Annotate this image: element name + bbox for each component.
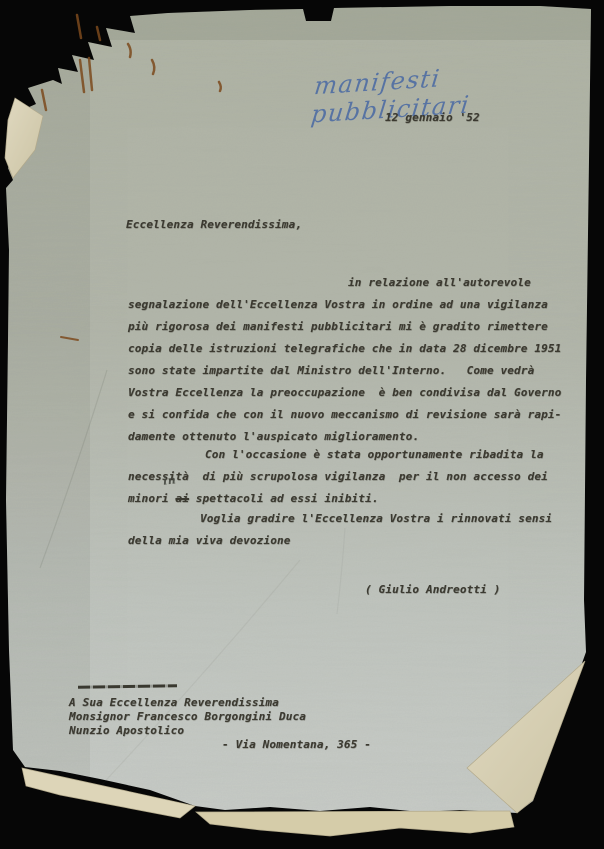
salutation: Eccellenza Reverendissima, (126, 218, 302, 231)
body-line: Con l'occasione è stata opportunamente r… (205, 448, 544, 461)
scanned-letter-page: manifesti pubblicitari 12 gennaio '52 Ec… (0, 0, 604, 849)
correction-after: spettacoli ad essi inibiti. (189, 492, 379, 505)
body-line: più rigorosa dei manifesti pubblicitari … (128, 320, 548, 333)
body-line: e si confida che con il nuovo meccanismo… (128, 408, 561, 421)
body-line: segnalazione dell'Eccellenza Vostra in o… (128, 298, 548, 311)
recipient-address: - Via Nomentana, 365 - (222, 738, 371, 751)
correction-before: minori (128, 492, 175, 505)
body-line: Vostra Eccellenza la preoccupazione è be… (128, 386, 561, 399)
struck-word: ai (175, 492, 189, 505)
body-line: damente ottenuto l'auspicato miglioramen… (128, 430, 419, 443)
body-line: della mia viva devozione (128, 534, 291, 547)
body-line: Voglia gradire l'Eccellenza Vostra i rin… (200, 512, 552, 525)
body-line: copia delle istruzioni telegrafiche che … (128, 342, 561, 355)
recipient-line: Nunzio Apostolico (69, 724, 184, 737)
recipient-line: Monsignor Francesco Borgongini Duca (69, 710, 306, 723)
body-line: necessità di più scrupolosa vigilanza pe… (128, 470, 548, 483)
handwritten-insertion: in (162, 473, 177, 488)
body-line: in relazione all'autorevole (348, 276, 531, 289)
recipient-line: A Sua Eccellenza Reverendissima (69, 696, 279, 709)
body-line-with-correction: minori ai spettacoli ad essi inibiti. (128, 492, 379, 505)
fold-flap-bottom-strip (196, 811, 514, 836)
date-line: 12 gennaio '52 (385, 111, 480, 124)
body-line: sono state impartite dal Ministro dell'I… (128, 364, 534, 377)
signature: ( Giulio Andreotti ) (365, 583, 500, 596)
